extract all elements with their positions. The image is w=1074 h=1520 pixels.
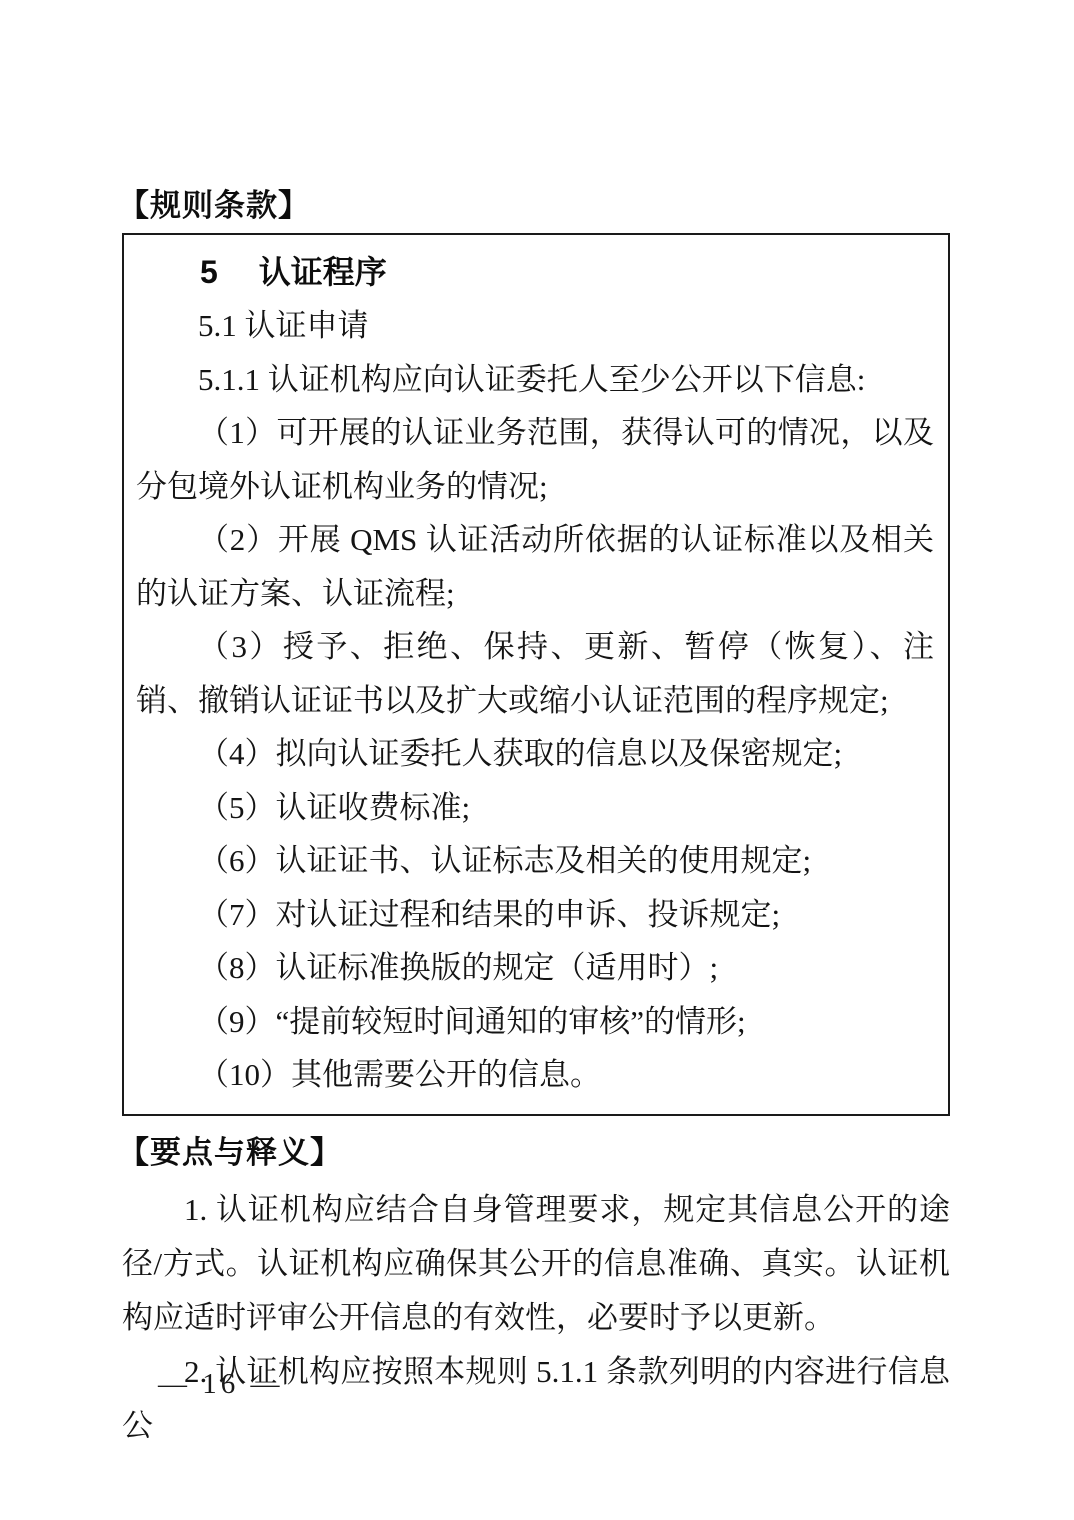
rule-box-heading: 5 认证程序 xyxy=(136,245,934,299)
explain-section-header: 【要点与释义】 xyxy=(118,1133,950,1173)
rule-paragraph: （7）对认证过程和结果的申诉、投诉规定; xyxy=(136,888,934,942)
rule-paragraph: （10）其他需要公开的信息。 xyxy=(136,1048,934,1102)
rule-paragraph: （4）拟向认证委托人获取的信息以及保密规定; xyxy=(136,727,934,781)
rule-section-header: 【规则条款】 xyxy=(118,186,950,226)
explanation-section: 1. 认证机构应结合自身管理要求，规定其信息公开的途径/方式。认证机构应确保其公… xyxy=(122,1183,950,1453)
rule-clause-box: 5 认证程序 5.1 认证申请 5.1.1 认证机构应向认证委托人至少公开以下信… xyxy=(122,233,950,1116)
rule-paragraph: （5）认证收费标准; xyxy=(136,781,934,835)
document-page: 【规则条款】 5 认证程序 5.1 认证申请 5.1.1 认证机构应向认证委托人… xyxy=(0,0,1074,1520)
rule-paragraph: 5.1 认证申请 xyxy=(136,299,934,353)
rule-paragraph: （8）认证标准换版的规定（适用时）; xyxy=(136,941,934,995)
explanation-paragraph: 1. 认证机构应结合自身管理要求，规定其信息公开的途径/方式。认证机构应确保其公… xyxy=(122,1183,950,1345)
rule-paragraph: （2）开展 QMS 认证活动所依据的认证标准以及相关的认证方案、认证流程; xyxy=(136,513,934,620)
rule-paragraph: （6）认证证书、认证标志及相关的使用规定; xyxy=(136,834,934,888)
rule-paragraph: 5.1.1 认证机构应向认证委托人至少公开以下信息: xyxy=(136,353,934,407)
page-number: — 16 — xyxy=(158,1368,284,1401)
rule-paragraph: （1）可开展的认证业务范围，获得认可的情况，以及分包境外认证机构业务的情况; xyxy=(136,406,934,513)
page-content: 【规则条款】 5 认证程序 5.1 认证申请 5.1.1 认证机构应向认证委托人… xyxy=(0,0,1074,1453)
rule-paragraph: （9）“提前较短时间通知的审核”的情形; xyxy=(136,995,934,1049)
rule-paragraph: （3）授予、拒绝、保持、更新、暂停（恢复）、注销、撤销认证证书以及扩大或缩小认证… xyxy=(136,620,934,727)
